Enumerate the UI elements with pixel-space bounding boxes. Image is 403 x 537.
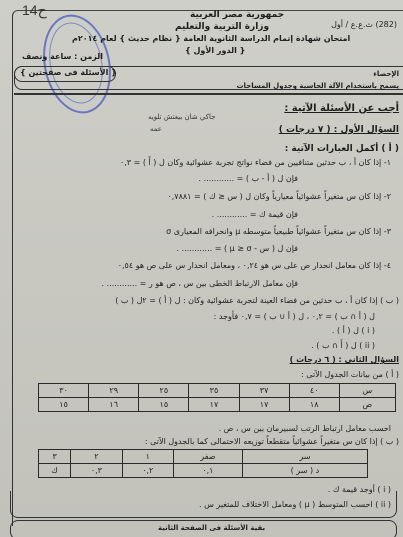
table-row: س ٤٠ ٣٧ ٣٥ ٢٥ ٢٩ ٣٠: [39, 384, 396, 398]
correlation-data-table: س ٤٠ ٣٧ ٣٥ ٢٥ ٢٩ ٣٠ ص ١٨ ١٧ ١٧ ١٥ ١٦ ١٥: [38, 383, 396, 412]
header-divider: [14, 93, 403, 95]
continue-note: بقية الأسئلة فى الصفحة الثانية: [158, 524, 265, 532]
ministry-name: وزارة التربية والتعليم: [175, 22, 269, 32]
instructions: أجب عن الأسئلة الآتية :: [284, 103, 399, 114]
exam-code: (282) ث.ع.ع / أول: [331, 20, 397, 29]
q2-part-a-task: احسب معامل ارتباط الرتب لسبيرمان بين س ،…: [219, 424, 391, 433]
q2-part-a-title: ( أ ) من بيانات الجدول الآتى :: [301, 370, 399, 379]
q1-item3-line1: ٣- إذا كان س متغيراً عشوائياً طبيعياً مت…: [166, 227, 391, 236]
q1-part-b-i: ( i ) ل ( أ ) .: [332, 326, 375, 335]
q1-item4-line2: فإن معامل الارتباط الخطى بين س ، ص هو ر …: [102, 279, 298, 288]
pages-note: { الأسئلة فى صفحتين }: [20, 68, 117, 77]
exam-title: امتحان شهادة إتمام الدراسة الثانوية العا…: [72, 34, 350, 43]
subject-name: الإحصاء: [373, 70, 399, 78]
q1-item1-line1: ١- إذا كان أ ، ب حدثين متنافيين من فضاء …: [120, 158, 391, 167]
table-row: سر صفر ١ ٢ ٣: [39, 450, 368, 464]
q1-item2-line2: فإن قيمة ك = ............ .: [212, 210, 298, 219]
questions-box-bottom: [10, 491, 397, 518]
page-code-label: ح14: [22, 2, 47, 19]
q1-part-b-ii: ( ii ) ل ( أَ ∩ ب ) .: [311, 341, 375, 350]
q1-part-b-line1: ( ب ) إذا كان أ ، ب حدثين من فضاء العينة…: [115, 296, 399, 305]
exam-paper: ح14 (282) ث.ع.ع / أول جمهورية مصر العربي…: [0, 0, 403, 537]
probability-distribution-table: سر صفر ١ ٢ ٣ د ( سر ) ٠,١ ٠,٢ ٠,٣ ك: [38, 449, 368, 478]
calculator-note: يسمح باستخدام الآلة الحاسبة وجدول المساح…: [236, 82, 399, 90]
q1-part-b-line2: ل ( أ ∩ ب ) = ٠,٢ ، ل ( أ ∪ ب ) = ٠,٧ فأ…: [214, 312, 375, 321]
q1-item1-line2: فإن ل ( أ - ب ) = ............ .: [199, 174, 298, 183]
exam-time: الزمن : ساعة ونصف: [22, 52, 103, 61]
table-row: ص ١٨ ١٧ ١٧ ١٥ ١٦ ١٥: [39, 398, 396, 412]
q1-title: السؤال الأول : ( ٧ درجات ): [279, 125, 399, 135]
exam-session: { الدور الأول }: [185, 46, 245, 55]
q1-item4-line1: ٤- إذا كان معامل انحدار ص على س هو ٠,٢٤ …: [118, 261, 391, 270]
q2-part-b-title: ( ب ) إذا كان س متغيراً عشوائياً متقطعاً…: [145, 437, 399, 446]
handwritten-note-line1: جاكي شان بيعتش تلويه: [148, 113, 216, 121]
country-name: جمهورية مصر العربية: [190, 10, 284, 20]
q2-title: السؤال الثانى : ( ٦ درجات ): [290, 355, 399, 364]
q1-part-a-title: ( أ ) أكمل العبارات الآتية :: [285, 144, 399, 154]
q1-item3-line2: فإن ل ( س - μ ≥ σ ) = ............ .: [177, 244, 298, 253]
handwritten-note-line2: عمه: [150, 125, 162, 133]
table-row: د ( سر ) ٠,١ ٠,٢ ٠,٣ ك: [39, 464, 368, 478]
q1-item2-line1: ٢- إذا كان س متغيراً عشوائياً معيارياً و…: [167, 192, 391, 201]
